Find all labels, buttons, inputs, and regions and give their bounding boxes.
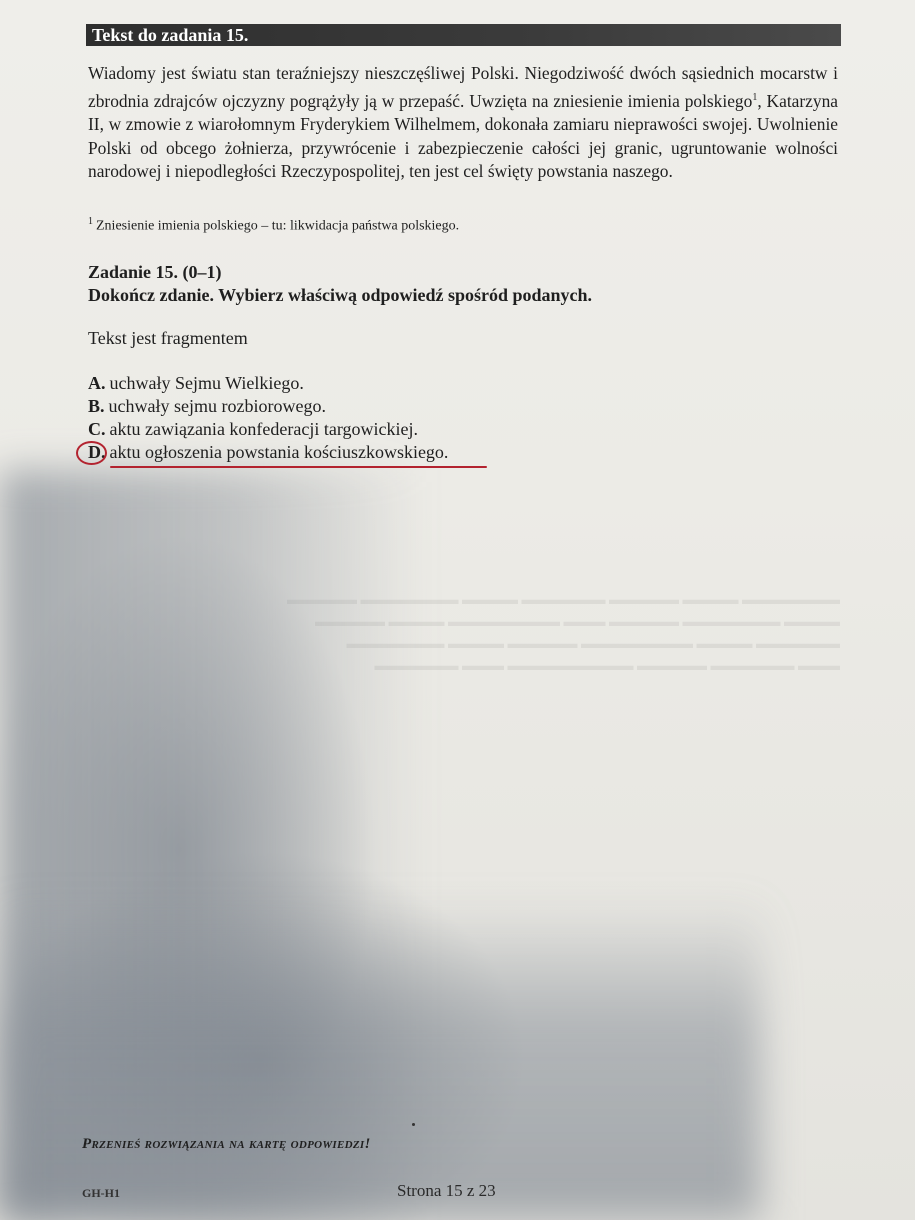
- source-text: Wiadomy jest światu stan teraźniejszy ni…: [88, 62, 838, 184]
- exam-code: GH-H1: [82, 1186, 120, 1201]
- answer-underline-mark: [110, 466, 487, 468]
- section-header: Tekst do zadania 15.: [86, 24, 841, 46]
- footer-instruction: Przenieś rozwiązania na kartę odpowiedzi…: [82, 1136, 371, 1153]
- footnote: 1Zniesienie imienia polskiego – tu: likw…: [88, 216, 459, 235]
- answer-options: A.uchwały Sejmu Wielkiego. B.uchwały sej…: [88, 372, 448, 464]
- option-b[interactable]: B.uchwały sejmu rozbiorowego.: [88, 395, 448, 418]
- task-instruction: Dokończ zdanie. Wybierz właściwą odpowie…: [88, 285, 592, 306]
- task-title: Zadanie 15. (0–1): [88, 262, 222, 283]
- option-a[interactable]: A.uchwały Sejmu Wielkiego.: [88, 372, 448, 395]
- option-d[interactable]: D.aktu ogłoszenia powstania kościuszkows…: [88, 441, 448, 464]
- answer-circle-mark: [76, 441, 107, 465]
- option-c[interactable]: C.aktu zawiązania konfederacji targowick…: [88, 418, 448, 441]
- task-stem: Tekst jest fragmentem: [88, 328, 248, 349]
- page-number: Strona 15 z 23: [397, 1181, 496, 1201]
- photo-shadow-bottom: [0, 900, 760, 1220]
- speck: [412, 1123, 415, 1126]
